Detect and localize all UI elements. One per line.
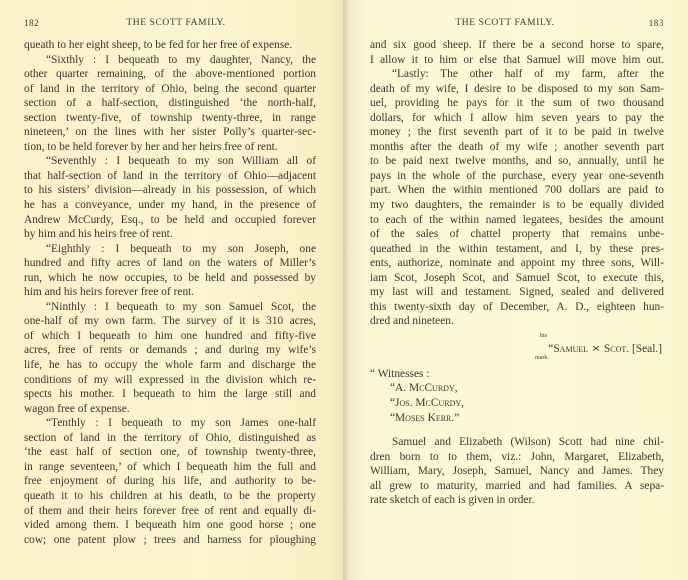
text-line: tion, to be held forever by her and her … [24,140,316,155]
text-line: cow; one patent plow ; trees and harness… [24,533,316,548]
right-body-text: and six good sheep. If there be a second… [370,38,664,329]
text-line: in range seventeen,’ of which I bequeath… [24,460,316,475]
text-line: to be paid next twelve months, and so, a… [370,154,664,169]
text-line: Samuel and Elizabeth (Wilson) Scott had … [370,435,664,450]
text-line: “Seventhly : I bequeath to my son Willia… [24,154,316,169]
witnesses-list: “A. McCurdy, “Jos. McCurdy, “Moses Kerr.… [370,381,664,425]
text-line: section of land in the territory of Ohio… [24,431,316,446]
seal-label: [Seal.] [632,343,662,355]
text-line: ‘the east half of section one, of townsh… [24,445,316,460]
text-line: “Lastly: The other half of my farm, afte… [370,67,664,82]
right-page: THE SCOTT FAMILY. 183 and six good sheep… [344,0,688,580]
text-line: conditions of my will expressed in the d… [24,373,316,388]
text-line: death of my wife, I desire to be dispose… [370,82,664,97]
running-head-title: THE SCOTT FAMILY. [24,18,316,28]
witness-name: “Jos. McCurdy, [390,396,664,411]
text-line: of which I bequeath to him one hundred a… [24,329,316,344]
signature-block: his “Samuel ⨯ Scot. [Seal.] mark. [370,331,664,365]
running-head-title: THE SCOTT FAMILY. [370,18,664,28]
signature-mark-label: mark. [535,355,549,361]
text-line: to each of the within named legatees, be… [370,213,664,228]
text-line: queath to her eight sheep, to be fed for… [24,38,316,53]
text-line: rate sketch of each is given in order. [370,493,664,508]
text-line: one-half of my own farm. The survey of i… [24,314,316,329]
left-body-text: queath to her eight sheep, to be fed for… [24,38,316,547]
text-line: uel, providing he pays for it the sum of… [370,96,664,111]
text-line: wagon free of expense. [24,402,316,417]
text-line: dred and nineteen. [370,314,664,329]
text-line: Andrew McCurdy, Esq., to be held and occ… [24,213,316,228]
spine-shadow [345,0,349,580]
right-running-head: THE SCOTT FAMILY. 183 [370,18,664,34]
text-line: of them and their heirs forever free of … [24,504,316,519]
text-line: “Ninthly : I bequeath to my son Samuel S… [24,300,316,315]
text-line: vided among them. I bequeath him one goo… [24,518,316,533]
witness-name: “Moses Kerr.” [390,411,664,426]
text-line: to his sisters’ division—already in his … [24,183,316,198]
cross-mark-icon: ⨯ [591,343,601,354]
left-page: 182 THE SCOTT FAMILY. queath to her eigh… [0,0,344,580]
text-line: he has a conveyance, under my hand, in t… [24,198,316,213]
text-line: life, he has to occupy the whole farm an… [24,358,316,373]
text-line: of the sales of chattel property that re… [370,227,664,242]
left-running-head: 182 THE SCOTT FAMILY. [24,18,316,34]
text-line: nineteen,’ on the lines with her sister … [24,125,316,140]
witness-name: “A. McCurdy, [390,381,664,396]
text-line: my last will and testament. Signed, seal… [370,285,664,300]
text-line: this twenty-sixth day of December, A. D.… [370,300,664,315]
text-line: “Sixthly : I bequeath to my daughter, Na… [24,53,316,68]
text-line: iam Scot, Joseph Scot, and Samuel Scot, … [370,271,664,286]
text-line: all grew to maturity, married and had fa… [370,479,664,494]
text-line: by him and his heirs free of rent. [24,227,316,242]
text-line: I allow it to him or else that Samuel wi… [370,53,664,68]
page-number: 183 [649,18,664,28]
text-line: of land in the territory of Ohio, being … [24,82,316,97]
text-line: dren born to to them, viz.: John, Margar… [370,450,664,465]
text-line: run, which he now occupies, to be held a… [24,271,316,286]
text-line: “Eighthly : I bequeath to my son Joseph,… [24,242,316,257]
text-line: dollars, for which I allow him seven yea… [370,111,664,126]
text-line: him and his heirs forever free of rent. [24,285,316,300]
text-line: part. When the within mentioned 700 doll… [370,183,664,198]
text-line: hundred and fifty acres of land on the w… [24,256,316,271]
closing-paragraph: Samuel and Elizabeth (Wilson) Scott had … [370,435,664,508]
signature-first-name: Samuel [553,343,588,355]
text-line: “Tenthly : I bequeath to my son James on… [24,416,316,431]
text-line: section twenty-five, of township twenty-… [24,111,316,126]
witnesses-heading: “ Witnesses : [370,367,664,382]
text-line: acres, free of rents or demands ; and du… [24,343,316,358]
text-line: months after the death of my wife ; anot… [370,140,664,155]
book-spread: 182 THE SCOTT FAMILY. queath to her eigh… [0,0,688,580]
text-line: ents, authorize, nominate and appoint my… [370,256,664,271]
text-line: that half-section of land in the territo… [24,169,316,184]
text-line: spects his mother. I bequeath to him the… [24,387,316,402]
text-line: my two daughters, the remainder is to be… [370,198,664,213]
text-line: other quarter remaining, of the above-me… [24,67,316,82]
signature-line: “Samuel ⨯ Scot. [Seal.] [548,341,662,356]
text-line: queathed in the within testament, and I,… [370,242,664,257]
signature-his-label: his [540,333,547,339]
text-line: pays in the whole of the purchase, every… [370,169,664,184]
signature-last-name: Scot. [604,343,629,355]
text-line: money ; the first seventh part of it to … [370,125,664,140]
text-line: William, Mary, Joseph, Samuel, Nancy and… [370,464,664,479]
text-line: free enjoyment of during his life, and a… [24,474,316,489]
text-line: queath it to his children at his death, … [24,489,316,504]
text-line: section of a half-section, distinguished… [24,96,316,111]
text-line: and six good sheep. If there be a second… [370,38,664,53]
